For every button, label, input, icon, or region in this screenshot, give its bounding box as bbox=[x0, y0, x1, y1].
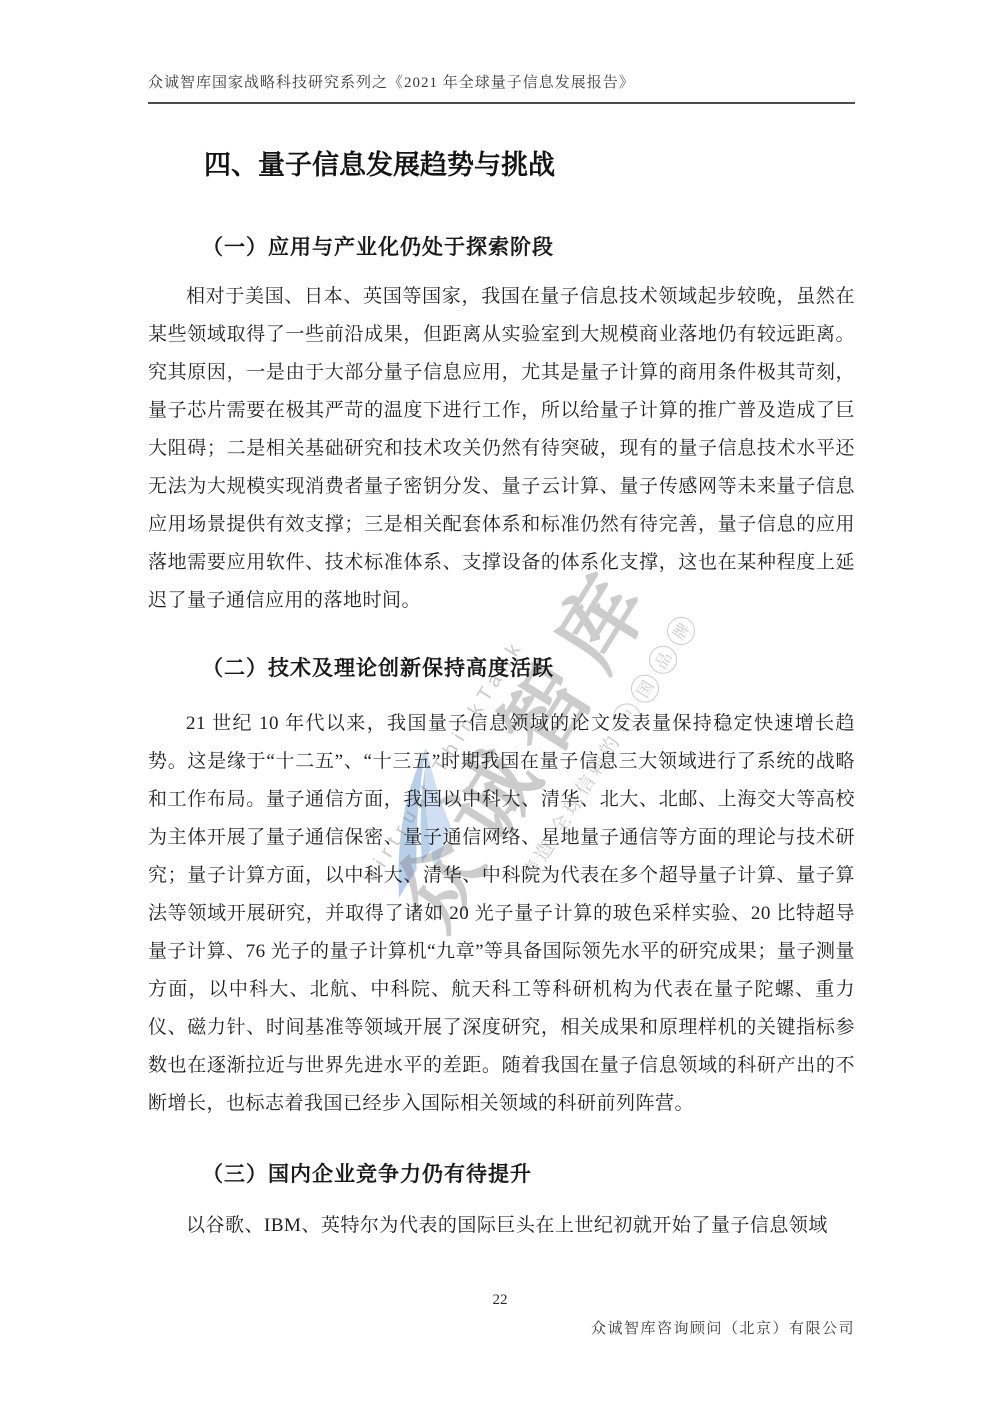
report-series-header: 众诚智库国家战略科技研究系列之《2021 年全球量子信息发展报告》 bbox=[148, 73, 855, 104]
page-content: 众诚智库国家战略科技研究系列之《2021 年全球量子信息发展报告》 四、量子信息… bbox=[148, 0, 855, 1288]
section-3-paragraph: 以谷歌、IBM、英特尔为代表的国际巨头在上世纪初就开始了量子信息领域 bbox=[148, 1207, 855, 1245]
section-heading-1: （一）应用与产业化仍处于探索阶段 bbox=[202, 232, 855, 262]
section-1-paragraph: 相对于美国、日本、英国等国家，我国在量子信息技术领域起步较晚，虽然在某些领域取得… bbox=[148, 278, 855, 620]
section-heading-3: （三）国内企业竞争力仍有待提升 bbox=[202, 1159, 855, 1189]
footer-company: 众诚智库咨询顾问（北京）有限公司 bbox=[591, 1317, 855, 1338]
section-2-paragraph: 21 世纪 10 年代以来，我国量子信息领域的论文发表量保持稳定快速增长趋势。这… bbox=[148, 705, 855, 1123]
page-title: 四、量子信息发展趋势与挑战 bbox=[204, 148, 855, 182]
section-heading-2: （二）技术及理论创新保持高度活跃 bbox=[202, 653, 855, 683]
document-page: Virtrust ThinkTank 众诚智库 铸造 全球信赖的 中 国 品 牌… bbox=[0, 0, 1000, 1414]
page-number: 22 bbox=[0, 1292, 1000, 1309]
